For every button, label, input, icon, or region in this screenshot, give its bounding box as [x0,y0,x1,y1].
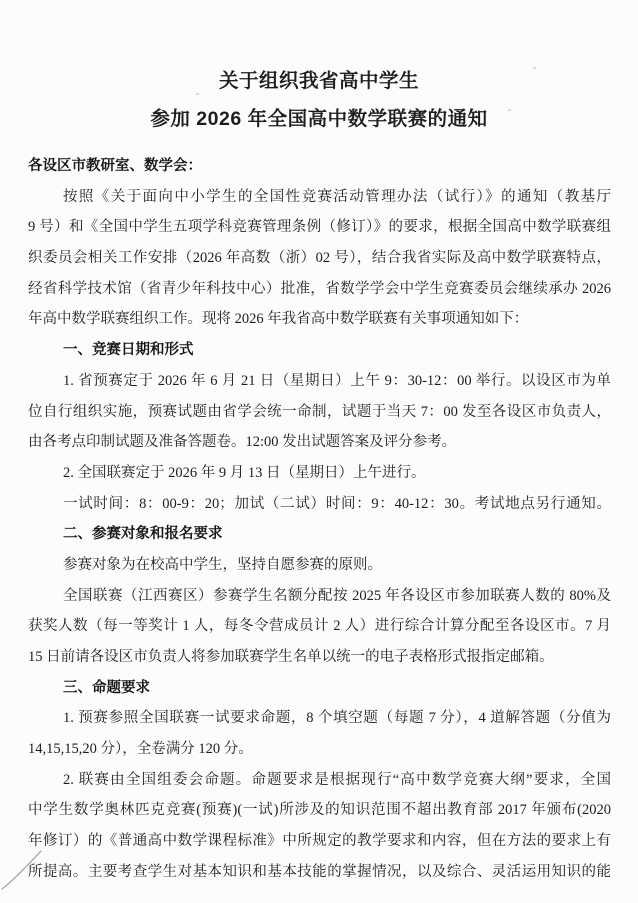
doc-heading-line: 一、竞赛日期和形式 [28,335,611,366]
doc-text-line: 2. 全国联赛定于 2026 年 9 月 13 日（星期日）上午进行。 [28,458,611,489]
doc-text-line: 全国联赛（江西赛区）参赛学生名额分配按 2025 年各设区市参加联赛人数的 80… [28,581,611,612]
doc-text-line: 位自行组织实施，预赛试题由省学会统一命制，试题于当天 7：00 发至各设区市负责… [28,397,611,428]
scan-speck [533,67,536,69]
doc-text-line: 1. 预赛参照全国联赛一试要求命题，8 个填空题（每题 7 分），4 道解答题（… [28,703,611,734]
doc-heading-line: 二、参赛对象和报名要求 [28,519,611,550]
doc-title: 关于组织我省高中学生 参加 2026 年全国高中数学联赛的通知 [0,62,638,138]
doc-text-line: 14,15,15,20 分），全卷满分 120 分。 [28,734,611,765]
doc-text-line: 2. 联赛由全国组委会命题。命题要求是根据现行“高中数学竞赛大纲”要求，全国 [28,765,611,796]
document-body: 各设区市教研室、数学会：按照《关于面向中小学生的全国性竞赛活动管理办法（试行）》… [28,151,611,888]
doc-text-line: 一试时间：8：00-9：20；加试（二试）时间：9：40-12：30。考试地点另… [28,489,611,520]
doc-text-line: 9 号）和《全国中学生五项学科竞赛管理条例（修订）》的要求，根据全国高中数学联赛… [28,212,611,243]
doc-text-line: 获奖人数（每一等奖计 1 人，每冬令营成员计 2 人）进行综合计算分配至各设区市… [28,611,611,642]
doc-text-line: 由各考点印制试题及准备答题卷。12:00 发出试题答案及评分参考。 [28,427,611,458]
doc-text-line: 15 日前请各设区市负责人将参加联赛学生名单以统一的电子表格形式报指定邮箱。 [28,642,611,673]
scan-speck [508,109,511,111]
doc-text-line: 年修订）的《普通高中数学课程标准》中所规定的教学要求和内容，但在方法的要求上有 [28,826,611,857]
doc-text-line: 织委员会相关工作安排（2026 年高数（浙）02 号），结合我省实际及高中数学联… [28,243,611,274]
doc-text-line: 参赛对象为在校高中学生，坚持自愿参赛的原则。 [28,550,611,581]
scan-speck [196,93,199,95]
doc-title-line-1: 关于组织我省高中学生 [0,62,638,100]
doc-text-line: 中学生数学奥林匹克竞赛(预赛)(一试)所涉及的知识范围不超出教育部 2017 年… [28,795,611,826]
doc-text-line: 所提高。主要考查学生对基本知识和基本技能的掌握情况，以及综合、灵活运用知识的能 [28,857,611,888]
notice-document-page: 关于组织我省高中学生 参加 2026 年全国高中数学联赛的通知 各设区市教研室、… [0,0,638,903]
doc-heading-line: 三、命题要求 [28,673,611,704]
doc-text-line: 按照《关于面向中小学生的全国性竞赛活动管理办法（试行）》的通知（教基厅【2018… [28,182,611,213]
doc-title-line-2: 参加 2026 年全国高中数学联赛的通知 [0,100,638,138]
doc-text-line: 年高中数学联赛组织工作。现将 2026 年我省高中数学联赛有关事项通知如下： [28,304,611,335]
doc-text-line: 经省科学技术馆（省青少年科技中心）批准，省数学学会中学生竞赛委员会继续承办 20… [28,274,611,305]
doc-text-line: 1. 省预赛定于 2026 年 6 月 21 日（星期日）上午 9：30-12：… [28,366,611,397]
doc-heading-line: 各设区市教研室、数学会： [28,151,611,182]
